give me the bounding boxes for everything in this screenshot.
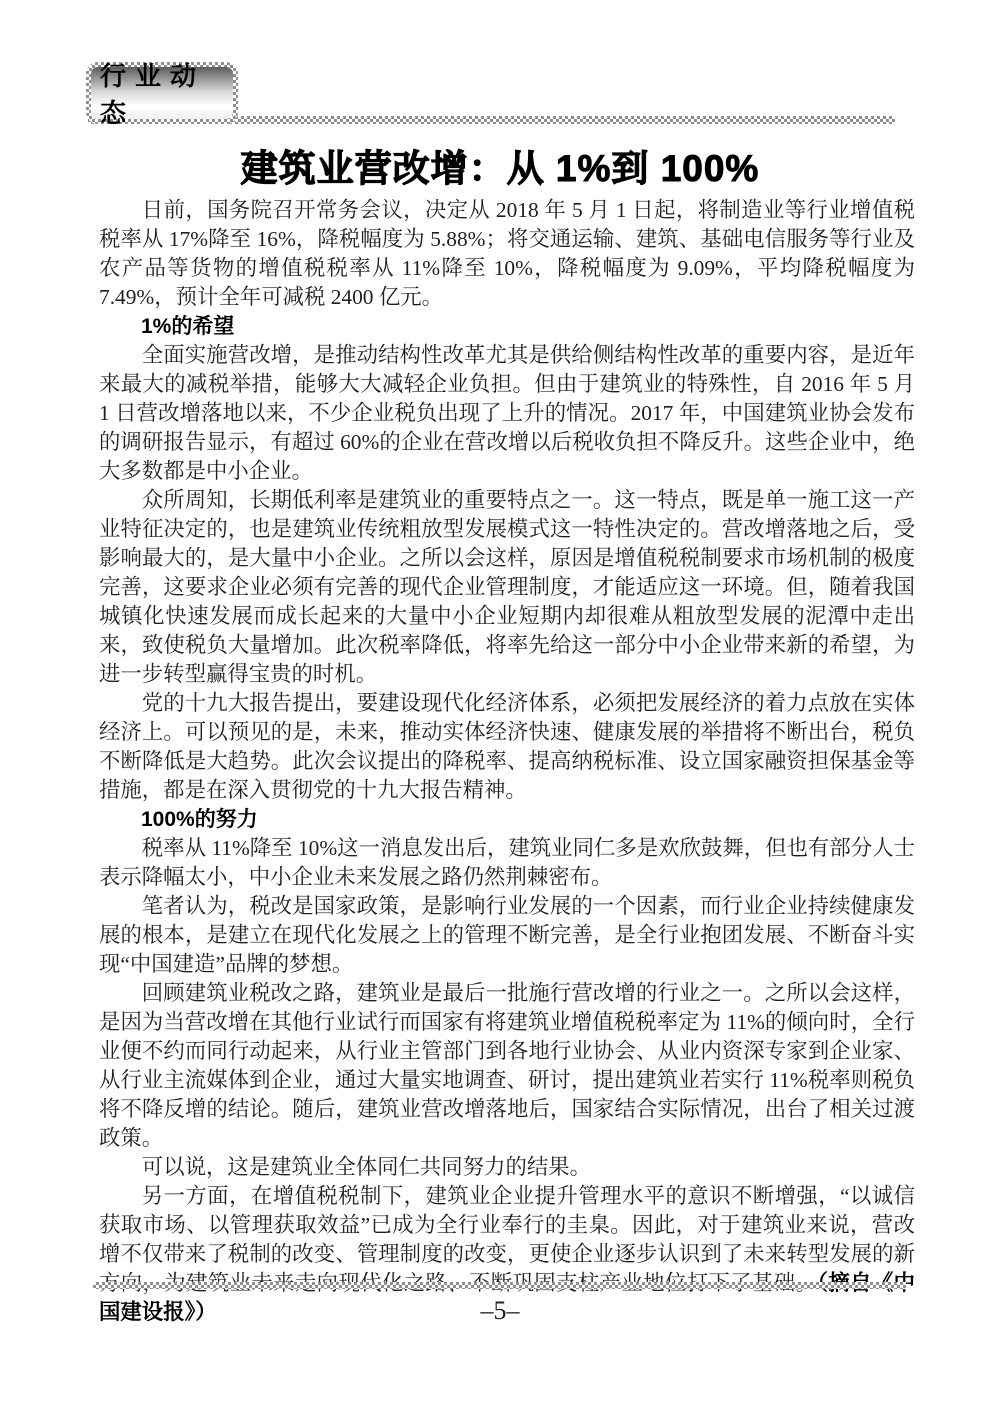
- paragraph: 众所周知，长期低利率是建筑业的重要特点之一。这一特点，既是单一施工这一产业特征决…: [99, 486, 915, 689]
- paragraph: 日前，国务院召开常务会议，决定从 2018 年 5 月 1 日起，将制造业等行业…: [99, 196, 915, 312]
- section-tab-inner: 行业动态: [91, 67, 233, 119]
- paragraph: 税率从 11%降至 10%这一消息发出后，建筑业同仁多是欢欣鼓舞，但也有部分人士…: [99, 834, 915, 892]
- paragraph: 全面实施营改增，是推动结构性改革尤其是供给侧结构性改革的重要内容，是近年来最大的…: [99, 341, 915, 486]
- paragraph: 笔者认为，税改是国家政策，是影响行业发展的一个因素，而行业企业持续健康发展的根本…: [99, 892, 915, 979]
- article-body: 日前，国务院召开常务会议，决定从 2018 年 5 月 1 日起，将制造业等行业…: [99, 196, 915, 1327]
- section-heading: 100%的努力: [99, 805, 915, 834]
- footer-rule: [93, 1282, 906, 1289]
- section-tab-label: 行业动态: [100, 56, 233, 130]
- document-page: 行业动态 建筑业营改增：从 1%到 100% 日前，国务院召开常务会议，决定从 …: [0, 0, 1000, 1414]
- paragraph: 可以说，这是建筑业全体同仁共同努力的结果。: [99, 1153, 915, 1182]
- paragraph: 回顾建筑业税改之路，建筑业是最后一批施行营改增的行业之一。之所以会这样，是因为当…: [99, 979, 915, 1153]
- section-tab: 行业动态: [86, 62, 238, 124]
- page-number: –5–: [0, 1296, 1000, 1326]
- section-heading: 1%的希望: [99, 312, 915, 341]
- paragraph: 党的十九大报告提出，要建设现代化经济体系，必须把发展经济的着力点放在实体经济上。…: [99, 689, 915, 805]
- article-title: 建筑业营改增：从 1%到 100%: [0, 138, 1000, 192]
